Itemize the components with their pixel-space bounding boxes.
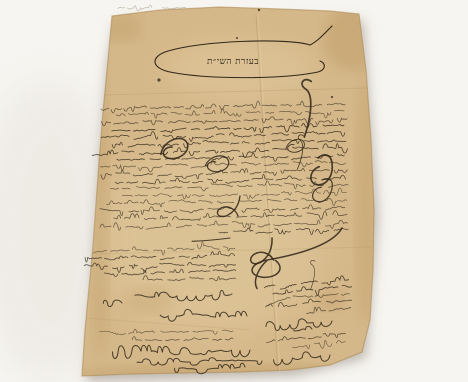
blotch-stain xyxy=(126,286,174,314)
ink-speck xyxy=(258,9,260,11)
document-photo: בעזרת השי״ת xyxy=(0,0,468,382)
ink-speck xyxy=(157,78,160,81)
header-text: בעזרת השי״ת xyxy=(207,57,259,67)
screenshot-root: בעזרת השי״ת xyxy=(0,0,468,382)
ink-speck xyxy=(236,37,238,39)
ink-speck xyxy=(331,96,333,98)
